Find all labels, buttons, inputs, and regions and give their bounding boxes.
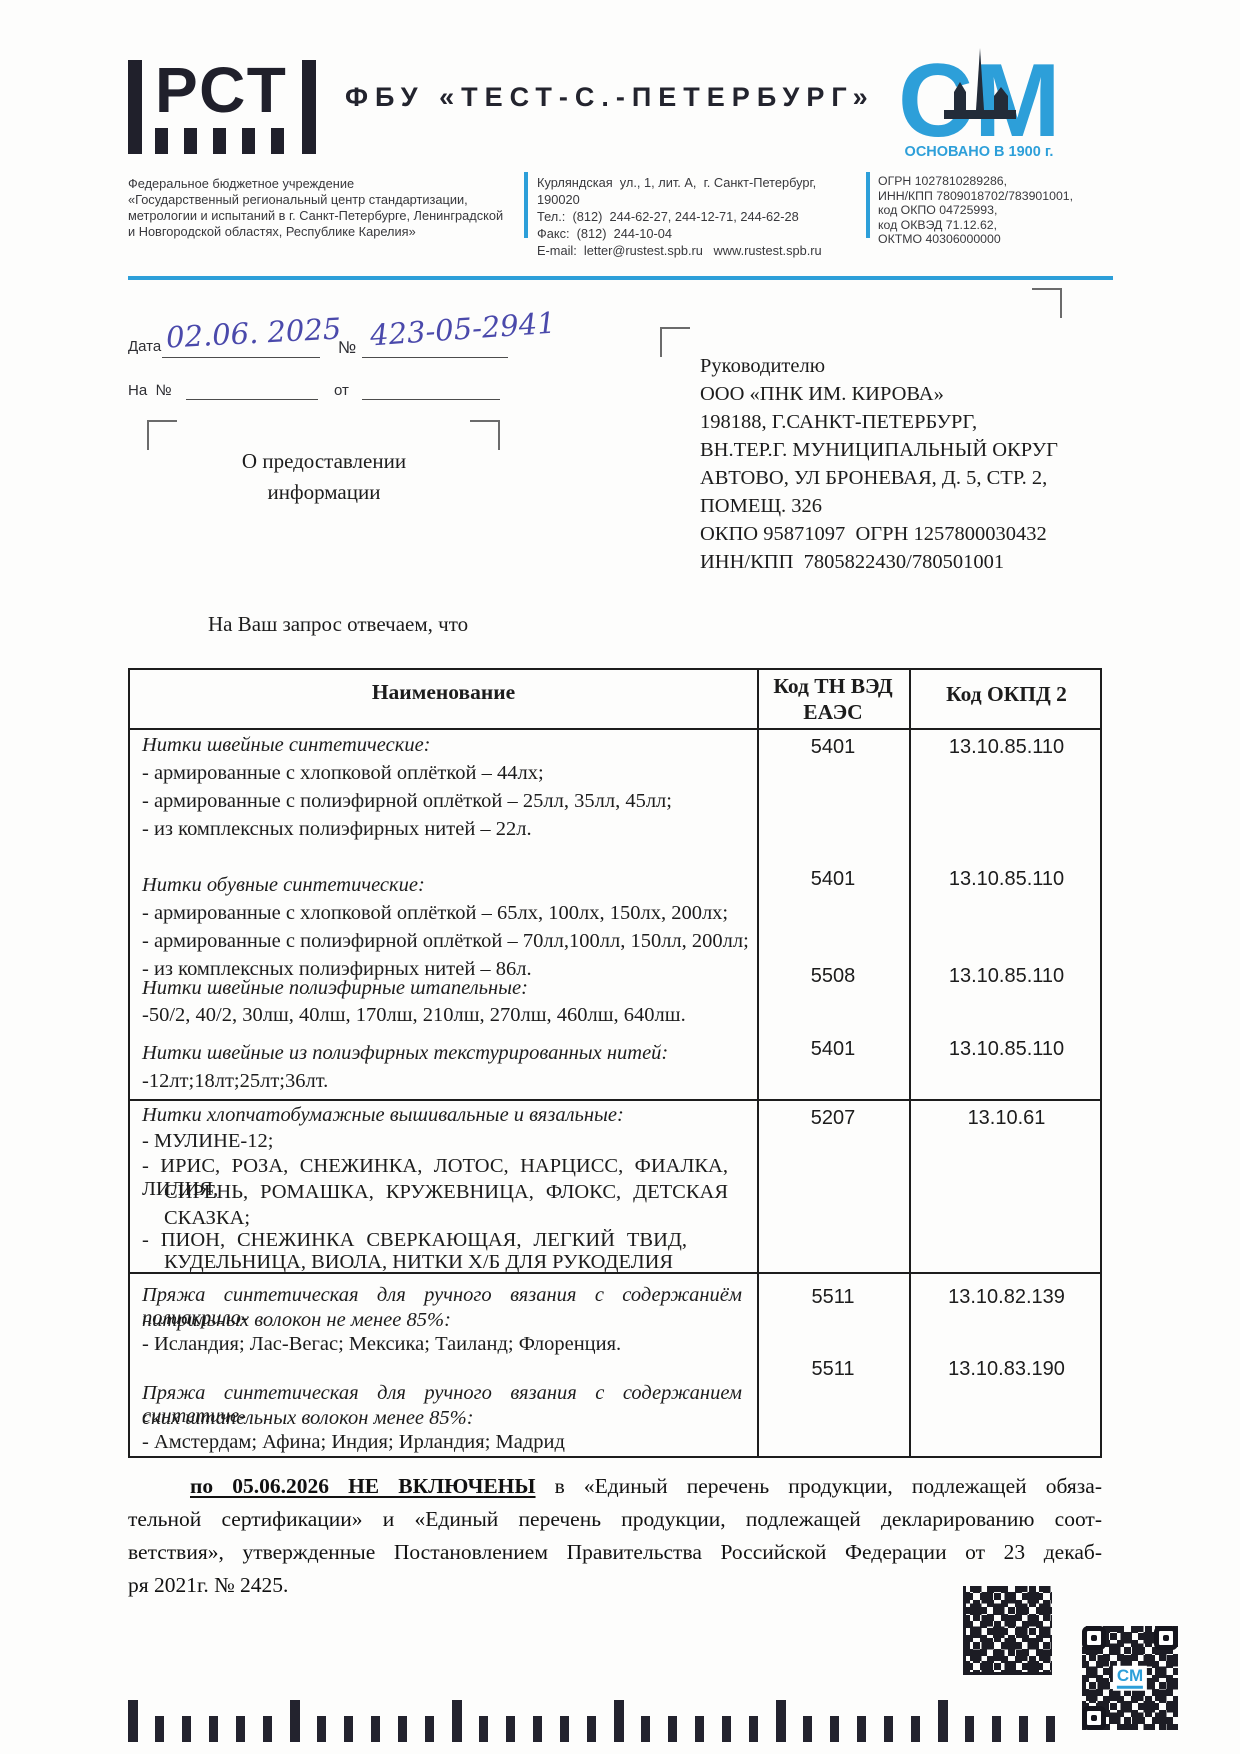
email-line: E-mail: letter@rustest.spb.ru www.rustes… [537,242,859,259]
subject-line: О предоставлении [190,446,458,477]
table-header-okpd: Код ОКПД 2 [909,682,1104,707]
ogrn-line: ОГРН 1027810289286, [878,174,1098,189]
table-header-tnved: Код ТН ВЭД [757,674,909,699]
recipient-corner-left [660,327,690,357]
recipient-corner-right [1032,288,1062,318]
product-line: - ПИОН, СНЕЖИНКА СВЕРКАЮЩАЯ, ЛЕГКИЙ ТВИД… [142,1229,687,1252]
okpd-code: 13.10.85.110 [909,736,1104,759]
subject-line: информации [190,477,458,508]
qr-finder-icon [1082,1626,1106,1650]
okved-line: код ОКВЭД 71.12.62, [878,218,1098,233]
product-line: - армированные с хлопковой оплёткой – 65… [142,902,728,925]
datamatrix-code-icon [963,1586,1052,1675]
number-label: № [338,338,356,358]
okpd-code: 13.10.85.110 [909,868,1104,891]
subject-corner-right [470,420,500,450]
org-description-line: и Новгородской областях, Республике Каре… [128,224,520,240]
okpd-code: 13.10.85.110 [909,1038,1104,1061]
number-underline [362,356,508,358]
product-line: -12лт;18лт;25лт;36лт. [142,1070,328,1093]
okpo-line: код ОКПО 04725993, [878,203,1098,218]
closing-line: по 05.06.2026 НЕ ВКЛЮЧЕНЫ в «Единый пере… [190,1474,1102,1499]
product-group-title: Нитки швейные из полиэфирных текстуриров… [142,1042,668,1065]
closing-lead-bold-underline: по 05.06.2026 НЕ ВКЛЮЧЕНЫ [190,1474,536,1498]
phone-line: Тел.: (812) 244-62-27, 244-12-71, 244-62… [537,208,859,225]
date-value-handwritten: 02.06. 2025 [165,311,342,354]
tnved-code: 5511 [757,1358,909,1381]
product-group-title-2: нитрильных волокон не менее 85%: [142,1309,451,1332]
subject-corner-left [147,420,177,450]
requisites: ОГРН 1027810289286, ИНН/КПП 7809018702/7… [878,174,1098,247]
contact-info: Курляндская ул., 1, лит. А, г. Санкт-Пет… [537,174,859,259]
fax-line: Факс: (812) 244-10-04 [537,225,859,242]
date-underline [162,356,320,358]
org-description-line: «Государственный региональный центр стан… [128,192,520,208]
org-description: Федеральное бюджетное учреждение «Госуда… [128,176,520,240]
org-title: ФБУ «ТЕСТ-С.-ПЕТЕРБУРГ» [345,82,885,113]
qr-finder-icon [1082,1706,1106,1730]
oktmo-line: ОКТМО 40306000000 [878,232,1098,247]
on-number-underline [186,398,318,400]
from-label: от [334,382,349,399]
tnved-code: 5511 [757,1286,909,1309]
product-line: - Амстердам; Афина; Индия; Ирландия; Мад… [142,1431,565,1454]
products-table: Наименование Код ТН ВЭД ЕАЭС Код ОКПД 2 … [128,668,1102,1458]
svg-text:М: М [974,46,1060,142]
subject-title: О предоставлении информации [190,446,458,508]
tnved-code: 5401 [757,1038,909,1061]
header-divider-left [524,172,528,238]
table-row-divider [130,1099,1100,1101]
rst-logo-left-bar [128,60,142,154]
qr-finder-icon [1154,1626,1178,1650]
rst-logo-right-bar [302,60,316,154]
recipient-line: ИНН/КПП 7805822430/780501001 [700,548,1080,576]
recipient-block: Руководителю ООО «ПНК ИМ. КИРОВА» 198188… [700,352,1080,576]
table-header-name: Наименование [130,680,757,705]
recipient-line: ОКПО 95871097 ОГРН 1257800030432 [700,520,1080,548]
product-line: -50/2, 40/2, 30лш, 40лш, 170лш, 210лш, 2… [142,1004,686,1027]
product-group-title: Нитки швейные синтетические: [142,734,431,757]
product-line: - армированные с полиэфирной оплёткой – … [142,930,749,953]
product-line: КУДЕЛЬНИЦА, ВИОЛА, НИТКИ Х/Б ДЛЯ РУКОДЕЛ… [164,1251,673,1274]
okpd-code: 13.10.82.139 [909,1286,1104,1309]
product-line: - из комплексных полиэфирных нитей – 22л… [142,818,532,841]
product-group-title: Нитки хлопчатобумажные вышивальные и вяз… [142,1104,624,1127]
recipient-line: АВТОВО, УЛ БРОНЕВАЯ, Д. 5, СТР. 2, [700,464,1080,492]
sm-mini-logo-text: СМ [1117,1667,1143,1685]
table-column-divider [757,670,759,1456]
qr-center-logo: СМ [1113,1666,1147,1691]
rst-logo: РСТ [128,60,316,154]
barcode-strip-icon [128,1700,1064,1742]
closing-line: ря 2021г. № 2425. [128,1573,288,1598]
date-label: Дата [128,338,161,355]
tnved-code: 5508 [757,965,909,988]
org-description-line: метрологии и испытаний в г. Санкт-Петерб… [128,208,520,224]
from-underline [362,398,500,400]
number-value-handwritten: 423-05-2941 [369,306,557,353]
intro-line: На Ваш запрос отвечаем, что [208,612,468,637]
header-rule [128,276,1113,280]
product-group-title: Нитки швейные полиэфирные штапельные: [142,977,528,1000]
rst-logo-text: РСТ [155,60,289,120]
table-row-divider [130,728,1100,730]
closing-line: тельной сертификации» и «Единый перечень… [128,1507,1102,1532]
recipient-line: 198188, Г.САНКТ-ПЕТЕРБУРГ, [700,408,1080,436]
recipient-line: ООО «ПНК ИМ. КИРОВА» [700,380,1080,408]
org-description-line: Федеральное бюджетное учреждение [128,176,520,192]
rst-logo-comb-bars [155,128,289,154]
product-group-title: Нитки обувные синтетические: [142,874,425,897]
product-line: - армированные с хлопковой оплёткой – 44… [142,762,544,785]
recipient-line: Руководителю [700,352,1080,380]
founded-label: ОСНОВАНО В 1900 г. [898,144,1060,160]
product-line: СКАЗКА; [164,1207,250,1230]
address-line: Курляндская ул., 1, лит. А, г. Санкт-Пет… [537,174,859,208]
on-number-label: На № [128,382,172,399]
tnved-code: 5401 [757,868,909,891]
product-group-title-2: ских штапельных волокон менее 85%: [142,1407,474,1430]
closing-line-rest: в «Единый перечень продукции, подлежащей… [536,1474,1102,1498]
product-line: - армированные с полиэфирной оплёткой – … [142,790,672,813]
okpd-code: 13.10.85.110 [909,965,1104,988]
recipient-line: ПОМЕЩ. 326 [700,492,1080,520]
recipient-line: ВН.ТЕР.Г. МУНИЦИПАЛЬНЫЙ ОКРУГ [700,436,1080,464]
table-column-divider [909,670,911,1456]
okpd-code: 13.10.83.190 [909,1358,1104,1381]
sm-logo-icon: С М [898,46,1060,142]
table-header-tnved-2: ЕАЭС [757,700,909,725]
sm-mini-logo-bar [1117,1686,1143,1689]
header-divider-right [866,172,870,238]
product-line: - Исландия; Лас-Вегас; Мексика; Таиланд;… [142,1333,621,1356]
closing-line: ветствия», утвержденные Постановлением П… [128,1540,1102,1565]
okpd-code: 13.10.61 [909,1107,1104,1130]
document-page: РСТ ФБУ «ТЕСТ-С.-ПЕТЕРБУРГ» С М ОСНОВАНО… [0,0,1240,1754]
product-line: - МУЛИНЕ-12; [142,1130,273,1153]
qr-code-icon: СМ [1082,1626,1178,1730]
product-line: СИРЕНЬ, РОМАШКА, КРУЖЕВНИЦА, ФЛОКС, ДЕТС… [164,1181,728,1204]
inn-kpp-line: ИНН/КПП 7809018702/783901001, [878,189,1098,204]
tnved-code: 5401 [757,736,909,759]
tnved-code: 5207 [757,1107,909,1130]
